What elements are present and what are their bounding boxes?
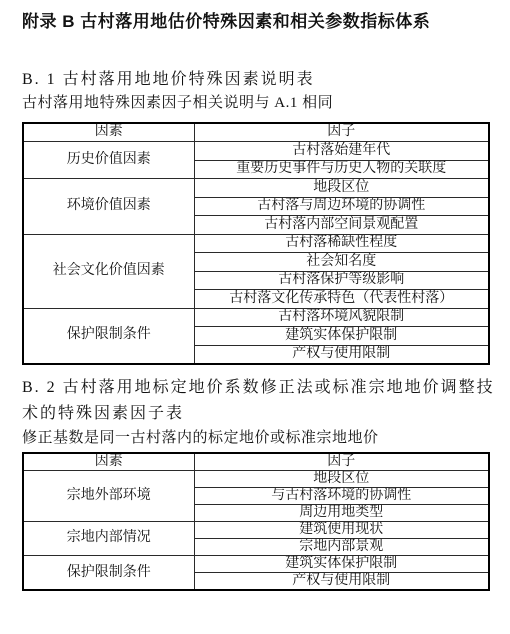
factor-item-cell: 与古村落环境的协调性 bbox=[194, 487, 489, 504]
special-factors-table-b2: 因素因子宗地外部环境地段区位与古村落环境的协调性周边用地类型宗地内部情况建筑使用… bbox=[22, 452, 490, 592]
factor-item-cell: 古村落与周边环境的协调性 bbox=[194, 197, 489, 216]
table-row: 保护限制条件建筑实体保护限制 bbox=[23, 556, 489, 573]
factor-item-cell: 建筑使用现状 bbox=[194, 521, 489, 538]
table-row: 保护限制条件古村落环境风貌限制 bbox=[23, 308, 489, 327]
factor-item-cell: 古村落始建年代 bbox=[194, 142, 489, 161]
table-header-row: 因素因子 bbox=[23, 123, 489, 142]
table-row: 宗地内部情况建筑使用现状 bbox=[23, 521, 489, 538]
factor-cell: 宗地外部环境 bbox=[23, 470, 194, 521]
section-b2: B. 2 古村落用地标定地价系数修正法或标准宗地地价调整技术的特殊因素因子表 修… bbox=[22, 375, 490, 592]
item-column-header: 因子 bbox=[194, 453, 489, 471]
factor-cell: 环境价值因素 bbox=[23, 179, 194, 235]
table-row: 历史价值因素古村落始建年代 bbox=[23, 142, 489, 161]
factor-column-header: 因素 bbox=[23, 123, 194, 142]
table-header-row: 因素因子 bbox=[23, 453, 489, 471]
section-b1-heading: B. 1 古村落用地地价特殊因素说明表 bbox=[22, 70, 490, 90]
factor-item-cell: 社会知名度 bbox=[194, 253, 489, 272]
item-column-header: 因子 bbox=[194, 123, 489, 142]
section-b2-heading: B. 2 古村落用地标定地价系数修正法或标准宗地地价调整技术的特殊因素因子表 bbox=[22, 375, 496, 427]
table-row: 社会文化价值因素古村落稀缺性程度 bbox=[23, 234, 489, 253]
factor-item-cell: 宗地内部景观 bbox=[194, 538, 489, 555]
factor-column-header: 因素 bbox=[23, 453, 194, 471]
factor-item-cell: 周边用地类型 bbox=[194, 504, 489, 521]
factor-item-cell: 建筑实体保护限制 bbox=[194, 327, 489, 346]
table-row: 环境价值因素地段区位 bbox=[23, 179, 489, 198]
factor-cell: 历史价值因素 bbox=[23, 142, 194, 179]
factor-item-cell: 地段区位 bbox=[194, 470, 489, 487]
factor-cell: 宗地内部情况 bbox=[23, 521, 194, 555]
factor-item-cell: 重要历史事件与历史人物的关联度 bbox=[194, 160, 489, 179]
factor-item-cell: 古村落文化传承特色（代表性村落） bbox=[194, 290, 489, 309]
section-b2-note: 修正基数是同一古村落内的标定地价或标准宗地地价 bbox=[22, 429, 490, 448]
page-title: 附录 B 古村落用地估价特殊因素和相关参数指标体系 bbox=[22, 12, 490, 32]
section-b1: B. 1 古村落用地地价特殊因素说明表 古村落用地特殊因素因子相关说明与 A.1… bbox=[22, 70, 490, 365]
factor-item-cell: 产权与使用限制 bbox=[194, 345, 489, 364]
factor-cell: 社会文化价值因素 bbox=[23, 234, 194, 308]
document-page: 附录 B 古村落用地估价特殊因素和相关参数指标体系 B. 1 古村落用地地价特殊… bbox=[0, 0, 510, 634]
factor-cell: 保护限制条件 bbox=[23, 308, 194, 364]
factor-item-cell: 产权与使用限制 bbox=[194, 573, 489, 591]
factor-item-cell: 古村落环境风貌限制 bbox=[194, 308, 489, 327]
factor-cell: 保护限制条件 bbox=[23, 556, 194, 591]
factor-item-cell: 建筑实体保护限制 bbox=[194, 556, 489, 573]
table-row: 宗地外部环境地段区位 bbox=[23, 470, 489, 487]
factor-item-cell: 地段区位 bbox=[194, 179, 489, 198]
section-b1-note: 古村落用地特殊因素因子相关说明与 A.1 相同 bbox=[22, 94, 490, 113]
factor-item-cell: 古村落保护等级影响 bbox=[194, 271, 489, 290]
factor-item-cell: 古村落内部空间景观配置 bbox=[194, 216, 489, 235]
factor-item-cell: 古村落稀缺性程度 bbox=[194, 234, 489, 253]
special-factors-table-b1: 因素因子历史价值因素古村落始建年代重要历史事件与历史人物的关联度环境价值因素地段… bbox=[22, 122, 490, 365]
